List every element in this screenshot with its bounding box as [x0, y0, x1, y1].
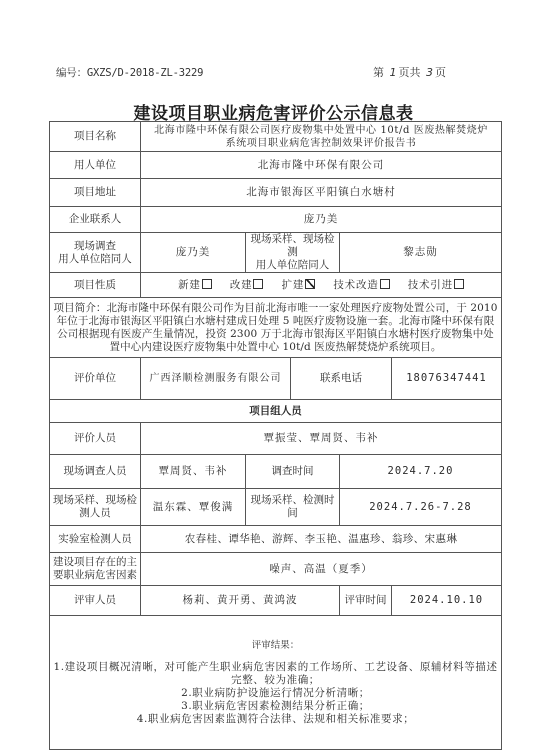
phone-value: 18076347441 [392, 358, 502, 400]
reviewers-value: 杨莉、黄开勇、黄鸿波 [141, 586, 340, 616]
row-nature: 项目性质 新建 改建 扩建 技术改造 技术引进 [50, 273, 502, 298]
sampling-escort-label: 现场采样、现场检测 用人单位陪同人 [246, 233, 340, 273]
option-tech-upgrade-label: 技术改造 [333, 279, 378, 291]
nature-options: 新建 改建 扩建 技术改造 技术引进 [141, 273, 502, 298]
document-number: 编号：GXZS/D-2018-ZL-3229 [56, 65, 203, 80]
option-tech-import-label: 技术引进 [408, 279, 453, 291]
row-address: 项目地址 北海市银海区平阳镇白水塘村 [50, 179, 502, 207]
option-rebuild-label: 改建 [230, 279, 253, 291]
sampling-time-value: 2024.7.26-7.28 [340, 489, 502, 526]
survey-escort-label-line1: 现场调查 [53, 240, 137, 253]
evaluators-value: 覃振莹、覃周贤、韦补 [141, 423, 502, 455]
lab-staff-value: 农春桂、谭华艳、游辉、李玉艳、温惠珍、翁珍、宋惠琳 [141, 526, 502, 553]
survey-staff-value: 覃周贤、韦补 [141, 455, 246, 489]
hazards-value: 噪声、高温（夏季） [141, 553, 502, 586]
row-review-result: 评审结果： 1.建设项目概况清晰，对可能产生职业病危害因素的工作场所、工艺设备、… [50, 616, 502, 750]
evaluator-label: 评价单位 [50, 358, 141, 400]
survey-staff-label: 现场调查人员 [50, 455, 141, 489]
option-rebuild[interactable]: 改建 [230, 279, 264, 291]
page-suffix: 页 [435, 66, 446, 79]
option-expansion-label: 扩建 [282, 279, 305, 291]
doc-number-label: 编号： [56, 67, 87, 79]
evaluator-value: 广西泽顺检测服务有限公司 [141, 358, 291, 400]
phone-label: 联系电话 [291, 358, 392, 400]
review-item-3: 3.职业病危害因素检测结果分析正确； [53, 700, 498, 713]
row-employer: 用人单位 北海市隆中环保有限公司 [50, 152, 502, 179]
project-name-line1: 北海市隆中环保有限公司医疗废物集中处置中心 10t/d 医废热解焚烧炉 [144, 124, 498, 137]
team-section-heading: 项目组人员 [50, 400, 502, 423]
row-project-name: 项目名称 北海市隆中环保有限公司医疗废物集中处置中心 10t/d 医废热解焚烧炉… [50, 122, 502, 152]
project-name-line2: 系统项目职业病危害控制效果评价报告书 [144, 137, 498, 150]
contact-label: 企业联系人 [50, 207, 141, 233]
sampling-escort-label-line1: 现场采样、现场检测 [249, 233, 336, 259]
row-team-section: 项目组人员 [50, 400, 502, 423]
doc-number-value: GXZS/D-2018-ZL-3229 [87, 67, 203, 79]
row-evaluators: 评价人员 覃振莹、覃周贤、韦补 [50, 423, 502, 455]
row-contact: 企业联系人 庞乃美 [50, 207, 502, 233]
survey-escort-label: 现场调查 用人单位陪同人 [50, 233, 141, 273]
review-item-1: 1.建设项目概况清晰，对可能产生职业病危害因素的工作场所、工艺设备、原辅材料等描… [53, 661, 498, 687]
sampling-escort-label-line2: 用人单位陪同人 [249, 259, 336, 272]
page-current: 1 [388, 66, 399, 79]
review-time-label: 评审时间 [340, 586, 392, 616]
checkbox-unchecked-icon[interactable] [380, 279, 390, 289]
checkbox-unchecked-icon[interactable] [454, 279, 464, 289]
checkbox-checked-icon[interactable] [305, 279, 315, 289]
nature-label: 项目性质 [50, 273, 141, 298]
hazards-label: 建设项目存在的主要职业病危害因素 [50, 553, 141, 586]
page-indicator: 第 1页共 3页 [373, 64, 446, 80]
row-survey-staff: 现场调查人员 覃周贤、韦补 调查时间 2024.7.20 [50, 455, 502, 489]
row-intro: 项目简介：北海市隆中环保有限公司作为目前北海市唯一一家处理医疗废物处置公司，于 … [50, 298, 502, 358]
option-new-build[interactable]: 新建 [178, 279, 212, 291]
survey-time-value: 2024.7.20 [340, 455, 502, 489]
evaluators-label: 评价人员 [50, 423, 141, 455]
survey-escort-value: 庞乃美 [141, 233, 246, 273]
review-result-heading: 评审结果： [53, 639, 498, 652]
survey-escort-label-line2: 用人单位陪同人 [53, 253, 137, 266]
address-label: 项目地址 [50, 179, 141, 207]
survey-time-label: 调查时间 [246, 455, 340, 489]
sampling-staff-label: 现场采样、现场检测人员 [50, 489, 141, 526]
review-result: 评审结果： 1.建设项目概况清晰，对可能产生职业病危害因素的工作场所、工艺设备、… [50, 616, 502, 750]
checkbox-unchecked-icon[interactable] [253, 279, 263, 289]
page-middle: 页共 [399, 66, 421, 79]
page-prefix: 第 [373, 66, 384, 79]
option-new-build-label: 新建 [178, 279, 201, 291]
project-intro: 项目简介：北海市隆中环保有限公司作为目前北海市唯一一家处理医疗废物处置公司，于 … [50, 298, 502, 358]
checkbox-unchecked-icon[interactable] [202, 279, 212, 289]
sampling-staff-value: 温东霖、覃俊满 [141, 489, 246, 526]
row-survey-escort: 现场调查 用人单位陪同人 庞乃美 现场采样、现场检测 用人单位陪同人 黎志勋 [50, 233, 502, 273]
option-expansion[interactable]: 扩建 [282, 279, 316, 291]
row-hazards: 建设项目存在的主要职业病危害因素 噪声、高温（夏季） [50, 553, 502, 586]
project-name-label: 项目名称 [50, 122, 141, 152]
lab-staff-label: 实验室检测人员 [50, 526, 141, 553]
page-total: 3 [424, 66, 435, 79]
contact-value: 庞乃美 [141, 207, 502, 233]
employer-label: 用人单位 [50, 152, 141, 179]
option-tech-import[interactable]: 技术引进 [408, 279, 464, 291]
intro-label: 项目简介： [54, 302, 107, 314]
row-sampling-staff: 现场采样、现场检测人员 温东霖、覃俊满 现场采样、检测时间 2024.7.26-… [50, 489, 502, 526]
employer-value: 北海市隆中环保有限公司 [141, 152, 502, 179]
address-value: 北海市银海区平阳镇白水塘村 [141, 179, 502, 207]
sampling-escort-value: 黎志勋 [340, 233, 502, 273]
row-evaluator: 评价单位 广西泽顺检测服务有限公司 联系电话 18076347441 [50, 358, 502, 400]
review-time-value: 2024.10.10 [392, 586, 502, 616]
option-tech-upgrade[interactable]: 技术改造 [333, 279, 389, 291]
info-table: 项目名称 北海市隆中环保有限公司医疗废物集中处置中心 10t/d 医废热解焚烧炉… [49, 121, 502, 750]
sampling-time-label: 现场采样、检测时间 [246, 489, 340, 526]
intro-text: 北海市隆中环保有限公司作为目前北海市唯一一家处理医疗废物处置公司，于 2010 … [57, 302, 498, 353]
row-reviewers: 评审人员 杨莉、黄开勇、黄鸿波 评审时间 2024.10.10 [50, 586, 502, 616]
review-item-2: 2.职业病防护设施运行情况分析清晰； [53, 687, 498, 700]
reviewers-label: 评审人员 [50, 586, 141, 616]
project-name-value: 北海市隆中环保有限公司医疗废物集中处置中心 10t/d 医废热解焚烧炉 系统项目… [141, 122, 502, 152]
review-item-4: 4.职业病危害因素监测符合法律、法规和相关标准要求； [53, 713, 498, 726]
row-lab-staff: 实验室检测人员 农春桂、谭华艳、游辉、李玉艳、温惠珍、翁珍、宋惠琳 [50, 526, 502, 553]
